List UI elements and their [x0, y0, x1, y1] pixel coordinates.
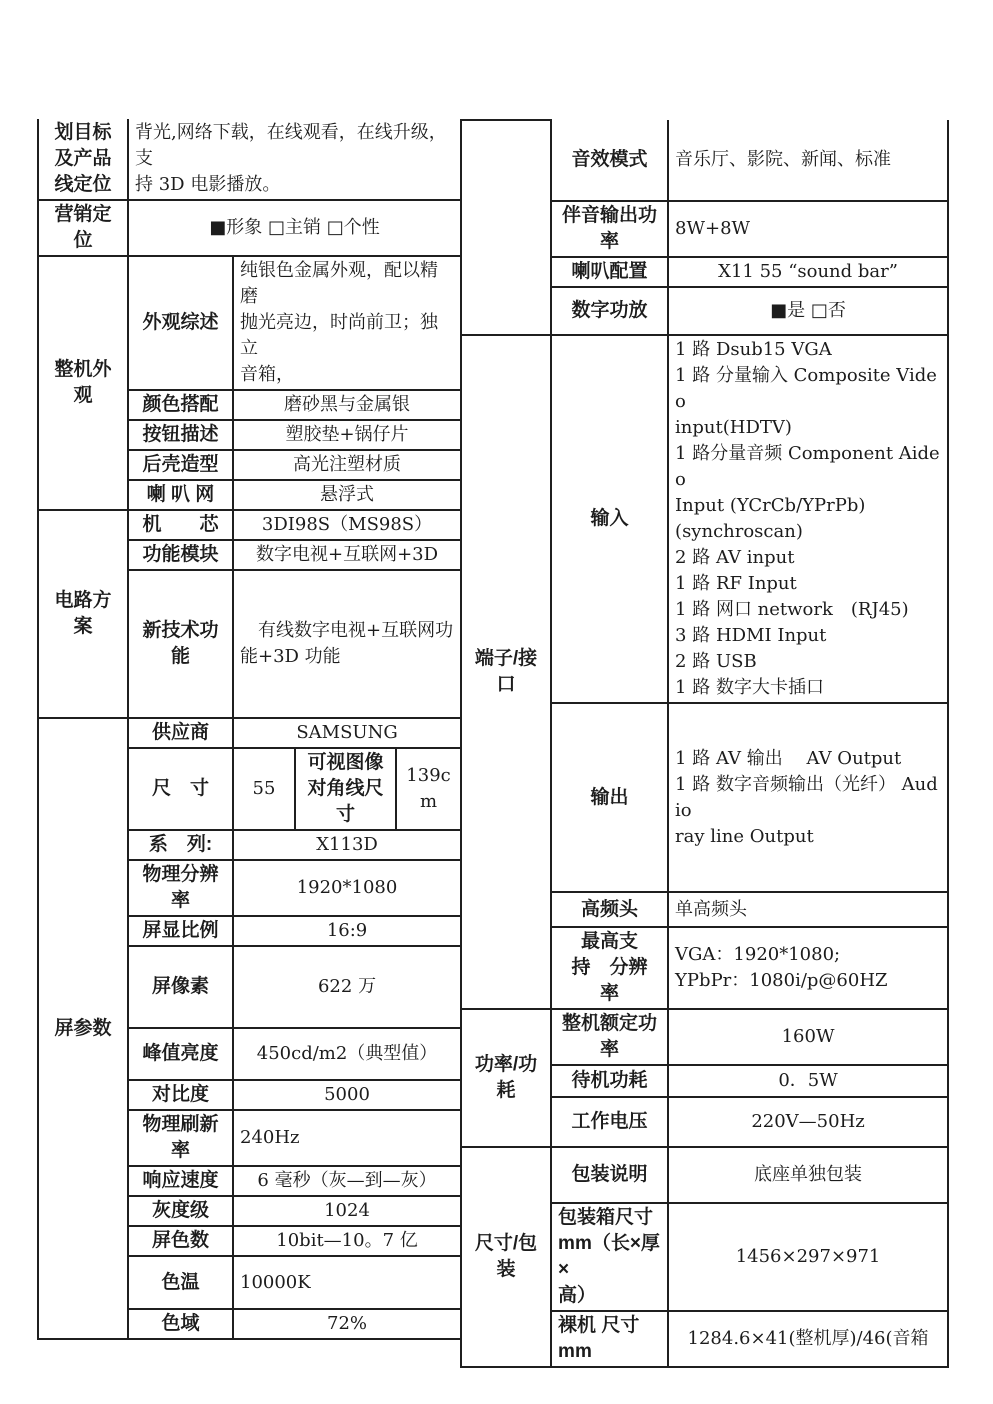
color-gamut-value: 72%	[233, 1309, 461, 1339]
audio-output-power-value: 8W+8W	[668, 201, 948, 257]
product-spec-table: 划目标 及产品 线定位 背光,网络下载，在线观看，在线升级，支 持 3D 电影播…	[37, 119, 949, 1368]
spec-table-left: 划目标 及产品 线定位 背光,网络下载，在线观看，在线升级，支 持 3D 电影播…	[37, 119, 462, 1340]
peak-brightness-label: 峰值亮度	[128, 1028, 233, 1080]
document-page: 划目标 及产品 线定位 背光,网络下载，在线观看，在线升级，支 持 3D 电影播…	[0, 0, 993, 1404]
series-value: X113D	[233, 830, 461, 860]
section-audio-empty-cell	[461, 120, 551, 335]
color-gamut-label: 色域	[128, 1309, 233, 1339]
packing-note-value: 底座单独包装	[668, 1147, 948, 1203]
row-supplier: 屏参数 供应商 SAMSUNG	[38, 718, 461, 748]
function-module-value: 数字电视+互联网+3D	[233, 540, 461, 570]
packing-note-label: 包装说明	[551, 1147, 668, 1203]
size-label: 尺 寸	[128, 748, 233, 830]
speaker-grille-label: 喇 叭 网	[128, 480, 233, 510]
rated-power-label: 整机额定功 率	[551, 1009, 668, 1065]
row-planning: 划目标 及产品 线定位 背光,网络下载，在线观看，在线升级，支 持 3D 电影播…	[38, 119, 461, 200]
spec-table-right: 音效模式 音乐厅、影院、新闻、标准 伴音输出功 率 8W+8W 喇叭配置 X11…	[460, 119, 949, 1368]
new-tech-value: 有线数字电视+互联网功 能+3D 功能	[233, 570, 461, 718]
digital-amplifier-label: 数字功放	[551, 287, 668, 335]
section-screen-label: 屏参数	[38, 718, 128, 1339]
row-rated-power: 功率/功 耗 整机额定功 率 160W	[461, 1009, 948, 1065]
speaker-config-label: 喇叭配置	[551, 257, 668, 287]
button-desc-label: 按钮描述	[128, 420, 233, 450]
row-sound-mode: 音效模式 音乐厅、影院、新闻、标准	[461, 120, 948, 201]
contrast-value: 5000	[233, 1080, 461, 1110]
contrast-label: 对比度	[128, 1080, 233, 1110]
function-module-label: 功能模块	[128, 540, 233, 570]
response-time-label: 响应速度	[128, 1166, 233, 1196]
refresh-rate-value: 240Hz	[233, 1110, 461, 1166]
section-packaging-label: 尺寸/包 装	[461, 1147, 551, 1367]
working-voltage-value: 220V—50Hz	[668, 1097, 948, 1147]
supplier-label: 供应商	[128, 718, 233, 748]
sound-mode-value: 音乐厅、影院、新闻、标准	[668, 120, 948, 201]
input-label: 输入	[551, 335, 668, 703]
size-inches-value: 55	[233, 748, 295, 830]
screen-pixels-value: 622 万	[233, 946, 461, 1028]
new-tech-label: 新技术功 能	[128, 570, 233, 718]
gray-levels-label: 灰度级	[128, 1196, 233, 1226]
aspect-ratio-value: 16:9	[233, 916, 461, 946]
back-shell-value: 高光注塑材质	[233, 450, 461, 480]
peak-brightness-value: 450cd/m2（典型值）	[233, 1028, 461, 1080]
button-desc-value: 塑胶垫+锅仔片	[233, 420, 461, 450]
color-temperature-value: 10000K	[233, 1256, 461, 1309]
row-appearance-summary: 整机外 观 外观综述 纯银色金属外观，配以精磨 抛光亮边，时尚前卫；独立 音箱，	[38, 256, 461, 390]
screen-pixels-label: 屏像素	[128, 946, 233, 1028]
section-circuit-label: 电路方 案	[38, 510, 128, 718]
standby-power-value: 0．5W	[668, 1065, 948, 1097]
color-depth-value: 10bit—10。7 亿	[233, 1226, 461, 1256]
row-marketing: 营销定 位 ■形象 □主销 □个性	[38, 200, 461, 256]
chassis-label: 机 芯	[128, 510, 233, 540]
bare-unit-size-label: 裸机 尺寸 mm	[551, 1311, 668, 1367]
marketing-value: ■形象 □主销 □个性	[128, 200, 461, 256]
size-diagonal-value: 139cm	[396, 748, 461, 830]
audio-output-power-label: 伴音输出功 率	[551, 201, 668, 257]
size-diagonal-label: 可视图像 对角线尺 寸	[295, 748, 396, 830]
response-time-value: 6 毫秒（灰—到—灰）	[233, 1166, 461, 1196]
row-input: 端子/接 口 输入 1 路 Dsub15 VGA 1 路 分量输入 Compos…	[461, 335, 948, 703]
back-shell-label: 后壳造型	[128, 450, 233, 480]
color-scheme-value: 磨砂黑与金属银	[233, 390, 461, 420]
max-resolution-value: VGA：1920*1080; YPbPr：1080i/p@60HZ	[668, 927, 948, 1009]
row-packing-note: 尺寸/包 装 包装说明 底座单独包装	[461, 1147, 948, 1203]
bare-unit-size-value: 1284.6×41(整机厚)/46(音箱	[668, 1311, 948, 1367]
appearance-summary-label: 外观综述	[128, 256, 233, 390]
output-label: 输出	[551, 703, 668, 892]
section-planning-label: 划目标 及产品 线定位	[38, 119, 128, 200]
appearance-summary-value: 纯银色金属外观，配以精磨 抛光亮边，时尚前卫；独立 音箱，	[233, 256, 461, 390]
carton-size-label: 包装箱尺寸 mm（长×厚× 高）	[551, 1203, 668, 1311]
row-chassis: 电路方 案 机 芯 3DI98S（MS98S）	[38, 510, 461, 540]
section-ports-label: 端子/接 口	[461, 335, 551, 1009]
section-marketing-label: 营销定 位	[38, 200, 128, 256]
section-appearance-label: 整机外 观	[38, 256, 128, 510]
physical-resolution-value: 1920*1080	[233, 860, 461, 916]
color-depth-label: 屏色数	[128, 1226, 233, 1256]
supplier-value: SAMSUNG	[233, 718, 461, 748]
physical-resolution-label: 物理分辨 率	[128, 860, 233, 916]
speaker-grille-value: 悬浮式	[233, 480, 461, 510]
tuner-value: 单高频头	[668, 892, 948, 927]
input-value: 1 路 Dsub15 VGA 1 路 分量输入 Composite Video …	[668, 335, 948, 703]
speaker-config-value: X11 55 “sound bar”	[668, 257, 948, 287]
section-power-label: 功率/功 耗	[461, 1009, 551, 1147]
digital-amplifier-value: ■是 □否	[668, 287, 948, 335]
tuner-label: 高频头	[551, 892, 668, 927]
color-temperature-label: 色温	[128, 1256, 233, 1309]
working-voltage-label: 工作电压	[551, 1097, 668, 1147]
carton-size-value: 1456×297×971	[668, 1203, 948, 1311]
series-label: 系 列:	[128, 830, 233, 860]
planning-value: 背光,网络下载，在线观看，在线升级，支 持 3D 电影播放。	[128, 119, 461, 200]
chassis-value: 3DI98S（MS98S）	[233, 510, 461, 540]
color-scheme-label: 颜色搭配	[128, 390, 233, 420]
standby-power-label: 待机功耗	[551, 1065, 668, 1097]
rated-power-value: 160W	[668, 1009, 948, 1065]
max-resolution-label: 最高支 持 分辨 率	[551, 927, 668, 1009]
sound-mode-label: 音效模式	[551, 120, 668, 201]
gray-levels-value: 1024	[233, 1196, 461, 1226]
output-value: 1 路 AV 输出 AV Output 1 路 数字音频输出（光纤） Audio…	[668, 703, 948, 892]
refresh-rate-label: 物理刷新 率	[128, 1110, 233, 1166]
aspect-ratio-label: 屏显比例	[128, 916, 233, 946]
